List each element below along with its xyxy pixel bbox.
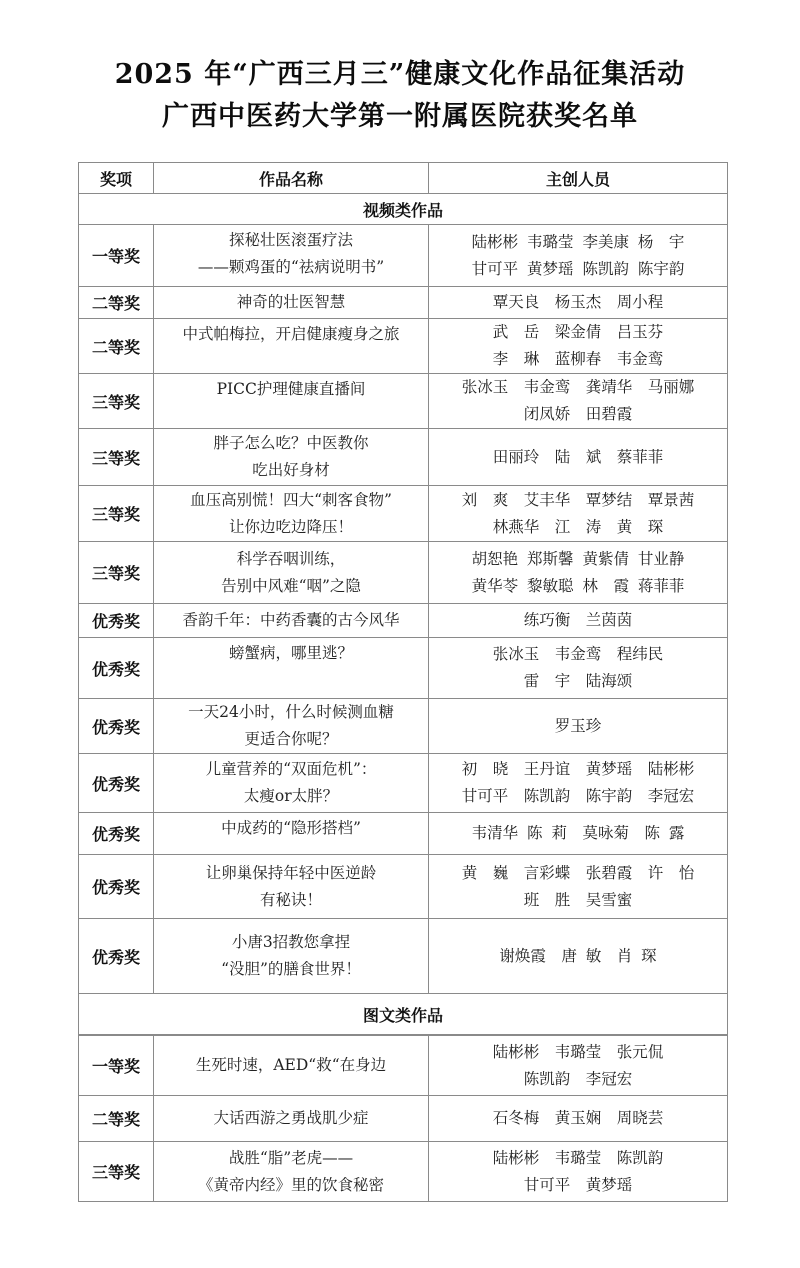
work-title: 大话西游之勇战肌少症 bbox=[154, 1096, 429, 1142]
creators-line: 李 琳 蓝柳春 韦金鸾 bbox=[429, 346, 727, 373]
awards-table-video: 奖项 作品名称 主创人员 视频类作品 一等奖探秘壮医滚蛋疗法——颗鸡蛋的“祛病说… bbox=[78, 162, 728, 1035]
creators-line: 覃天良 杨玉杰 周小程 bbox=[429, 289, 727, 316]
creators: 武 岳 梁金倩 吕玉芬李 琳 蓝柳春 韦金鸾 bbox=[429, 319, 728, 374]
work-title: 香韵千年：中药香囊的古今风华 bbox=[154, 604, 429, 638]
work-title: 战胜“脂”老虎——《黄帝内经》里的饮食秘密 bbox=[154, 1142, 429, 1202]
table-row: 一等奖生死时速，AED“救“在身边陆彬彬 韦璐莹 张元侃陈凯韵 李冠宏 bbox=[79, 1036, 728, 1096]
award-level: 二等奖 bbox=[79, 1096, 154, 1142]
creators-line: 武 岳 梁金倩 吕玉芬 bbox=[429, 319, 727, 346]
creators: 覃天良 杨玉杰 周小程 bbox=[429, 287, 728, 319]
work-title-line: 让卵巢保持年轻中医逆龄 bbox=[154, 860, 428, 887]
work-title-line: 生死时速，AED“救“在身边 bbox=[154, 1052, 428, 1079]
section-row-video: 视频类作品 bbox=[79, 194, 728, 225]
work-title: 探秘壮医滚蛋疗法——颗鸡蛋的“祛病说明书” bbox=[154, 225, 429, 287]
work-title: 小唐3招教您拿捏“没胆”的膳食世界！ bbox=[154, 919, 429, 994]
table-row: 优秀奖一天24小时，什么时候测血糖更适合你呢？罗玉珍 bbox=[79, 699, 728, 754]
creators-line: 闭凤娇 田碧霞 bbox=[429, 401, 727, 428]
creators-line: 田丽玲 陆 斌 蔡菲菲 bbox=[429, 444, 727, 471]
creators: 罗玉珍 bbox=[429, 699, 728, 754]
work-title-line: PICC护理健康直播间 bbox=[154, 376, 428, 403]
creators-line: 雷 宇 陆海颂 bbox=[429, 668, 727, 695]
section-title-video: 视频类作品 bbox=[79, 194, 728, 225]
work-title-line: 中成药的“隐形搭档” bbox=[154, 815, 428, 842]
table-row: 优秀奖让卵巢保持年轻中医逆龄有秘诀！黄 巍 言彩蝶 张碧霞 许 怡班 胜 吴雪蜜 bbox=[79, 855, 728, 919]
creators: 胡恕艳 郑斯馨 黄紫倩 甘业静黄华苓 黎敏聪 林 霞 蒋菲菲 bbox=[429, 542, 728, 604]
creators: 张冰玉 韦金鸾 龚靖华 马丽娜闭凤娇 田碧霞 bbox=[429, 374, 728, 429]
work-title-line: 大话西游之勇战肌少症 bbox=[154, 1105, 428, 1132]
award-level: 三等奖 bbox=[79, 429, 154, 486]
work-title: 中成药的“隐形搭档” bbox=[154, 813, 429, 855]
creators-line: 班 胜 吴雪蜜 bbox=[429, 887, 727, 914]
creators-line: 张冰玉 韦金鸾 程纬民 bbox=[429, 641, 727, 668]
creators-line: 陈凯韵 李冠宏 bbox=[429, 1066, 727, 1093]
creators: 张冰玉 韦金鸾 程纬民雷 宇 陆海颂 bbox=[429, 638, 728, 699]
work-title-line: 《黄帝内经》里的饮食秘密 bbox=[154, 1172, 428, 1199]
award-level: 优秀奖 bbox=[79, 604, 154, 638]
work-title: 让卵巢保持年轻中医逆龄有秘诀！ bbox=[154, 855, 429, 919]
creators-line: 罗玉珍 bbox=[429, 713, 727, 740]
creators-line: 练巧衡 兰茵茵 bbox=[429, 607, 727, 634]
table-row: 优秀奖儿童营养的“双面危机”：太瘦or太胖？初 晓 王丹谊 黄梦瑶 陆彬彬甘可平… bbox=[79, 754, 728, 813]
creators: 练巧衡 兰茵茵 bbox=[429, 604, 728, 638]
award-level: 三等奖 bbox=[79, 486, 154, 542]
work-title: 生死时速，AED“救“在身边 bbox=[154, 1036, 429, 1096]
creators-line: 甘可平 黄梦瑶 bbox=[429, 1172, 727, 1199]
award-level: 二等奖 bbox=[79, 319, 154, 374]
creators-line: 胡恕艳 郑斯馨 黄紫倩 甘业静 bbox=[429, 546, 727, 573]
award-level: 三等奖 bbox=[79, 1142, 154, 1202]
work-title-line: 儿童营养的“双面危机”： bbox=[154, 756, 428, 783]
work-title-line: 小唐3招教您拿捏 bbox=[154, 929, 428, 956]
creators: 谢焕霞 唐 敏 肖 琛 bbox=[429, 919, 728, 994]
work-title-line: 神奇的壮医智慧 bbox=[154, 289, 428, 316]
creators-line: 陆彬彬 韦璐莹 张元侃 bbox=[429, 1039, 727, 1066]
work-title: 螃蟹病，哪里逃？ bbox=[154, 638, 429, 699]
awards-table-graphic: 一等奖生死时速，AED“救“在身边陆彬彬 韦璐莹 张元侃陈凯韵 李冠宏二等奖大话… bbox=[78, 1035, 728, 1202]
work-title: 血压高别慌！四大“刺客食物”让你边吃边降压！ bbox=[154, 486, 429, 542]
creators: 初 晓 王丹谊 黄梦瑶 陆彬彬甘可平 陈凯韵 陈宇韵 李冠宏 bbox=[429, 754, 728, 813]
graphic-section-body: 一等奖生死时速，AED“救“在身边陆彬彬 韦璐莹 张元侃陈凯韵 李冠宏二等奖大话… bbox=[79, 1036, 728, 1202]
creators-line: 甘可平 陈凯韵 陈宇韵 李冠宏 bbox=[429, 783, 727, 810]
work-title-line: 中式帕梅拉，开启健康瘦身之旅 bbox=[154, 321, 428, 348]
work-title: 科学吞咽训练，告别中风难“咽”之隐 bbox=[154, 542, 429, 604]
work-title: 神奇的壮医智慧 bbox=[154, 287, 429, 319]
table-row: 优秀奖小唐3招教您拿捏“没胆”的膳食世界！谢焕霞 唐 敏 肖 琛 bbox=[79, 919, 728, 994]
work-title: 中式帕梅拉，开启健康瘦身之旅 bbox=[154, 319, 429, 374]
work-title: PICC护理健康直播间 bbox=[154, 374, 429, 429]
table-row: 二等奖神奇的壮医智慧覃天良 杨玉杰 周小程 bbox=[79, 287, 728, 319]
creators-line: 陆彬彬 韦璐莹 李美康 杨 宇 bbox=[429, 229, 727, 256]
video-section-body: 视频类作品 一等奖探秘壮医滚蛋疗法——颗鸡蛋的“祛病说明书”陆彬彬 韦璐莹 李美… bbox=[79, 194, 728, 1035]
table-row: 二等奖中式帕梅拉，开启健康瘦身之旅武 岳 梁金倩 吕玉芬李 琳 蓝柳春 韦金鸾 bbox=[79, 319, 728, 374]
creators: 陆彬彬 韦璐莹 李美康 杨 宇甘可平 黄梦瑶 陈凯韵 陈宇韵 bbox=[429, 225, 728, 287]
table-row: 三等奖科学吞咽训练，告别中风难“咽”之隐胡恕艳 郑斯馨 黄紫倩 甘业静黄华苓 黎… bbox=[79, 542, 728, 604]
work-title: 一天24小时，什么时候测血糖更适合你呢？ bbox=[154, 699, 429, 754]
creators: 石冬梅 黄玉娴 周晓芸 bbox=[429, 1096, 728, 1142]
award-level: 优秀奖 bbox=[79, 754, 154, 813]
award-level: 二等奖 bbox=[79, 287, 154, 319]
table-row: 优秀奖螃蟹病，哪里逃？张冰玉 韦金鸾 程纬民雷 宇 陆海颂 bbox=[79, 638, 728, 699]
award-level: 一等奖 bbox=[79, 1036, 154, 1096]
creators: 黄 巍 言彩蝶 张碧霞 许 怡班 胜 吴雪蜜 bbox=[429, 855, 728, 919]
work-title-line: 告别中风难“咽”之隐 bbox=[154, 573, 428, 600]
work-title-line: 更适合你呢？ bbox=[154, 726, 428, 753]
creators: 陆彬彬 韦璐莹 张元侃陈凯韵 李冠宏 bbox=[429, 1036, 728, 1096]
work-title-line: 血压高别慌！四大“刺客食物” bbox=[154, 487, 428, 514]
work-title-line: 太瘦or太胖？ bbox=[154, 783, 428, 810]
creators-line: 石冬梅 黄玉娴 周晓芸 bbox=[429, 1105, 727, 1132]
document-title-line-2: 广西中医药大学第一附属医院获奖名单 bbox=[0, 94, 800, 133]
award-level: 优秀奖 bbox=[79, 699, 154, 754]
creators: 田丽玲 陆 斌 蔡菲菲 bbox=[429, 429, 728, 486]
header-work-title: 作品名称 bbox=[154, 163, 429, 194]
work-title-line: 吃出好身材 bbox=[154, 457, 428, 484]
table-header-row: 奖项 作品名称 主创人员 bbox=[79, 163, 728, 194]
work-title-line: 让你边吃边降压！ bbox=[154, 514, 428, 541]
work-title-line: 胖子怎么吃？中医教你 bbox=[154, 430, 428, 457]
section-row-graphic: 图文类作品 bbox=[79, 994, 728, 1035]
work-title: 儿童营养的“双面危机”：太瘦or太胖？ bbox=[154, 754, 429, 813]
award-level: 优秀奖 bbox=[79, 813, 154, 855]
table-row: 优秀奖中成药的“隐形搭档”韦清华 陈 莉 莫咏菊 陈 露 bbox=[79, 813, 728, 855]
creators-line: 陆彬彬 韦璐莹 陈凯韵 bbox=[429, 1145, 727, 1172]
creators: 陆彬彬 韦璐莹 陈凯韵甘可平 黄梦瑶 bbox=[429, 1142, 728, 1202]
section-title-graphic: 图文类作品 bbox=[79, 994, 728, 1035]
table-row: 三等奖胖子怎么吃？中医教你吃出好身材田丽玲 陆 斌 蔡菲菲 bbox=[79, 429, 728, 486]
award-level: 一等奖 bbox=[79, 225, 154, 287]
creators-line: 林燕华 江 涛 黄 琛 bbox=[429, 514, 727, 541]
creators-line: 黄华苓 黎敏聪 林 霞 蒋菲菲 bbox=[429, 573, 727, 600]
table-row: 一等奖探秘壮医滚蛋疗法——颗鸡蛋的“祛病说明书”陆彬彬 韦璐莹 李美康 杨 宇甘… bbox=[79, 225, 728, 287]
work-title-line: 香韵千年：中药香囊的古今风华 bbox=[154, 607, 428, 634]
table-row: 三等奖血压高别慌！四大“刺客食物”让你边吃边降压！刘 爽 艾丰华 覃梦结 覃景茜… bbox=[79, 486, 728, 542]
creators: 刘 爽 艾丰华 覃梦结 覃景茜林燕华 江 涛 黄 琛 bbox=[429, 486, 728, 542]
table-row: 三等奖PICC护理健康直播间张冰玉 韦金鸾 龚靖华 马丽娜闭凤娇 田碧霞 bbox=[79, 374, 728, 429]
creators-line: 初 晓 王丹谊 黄梦瑶 陆彬彬 bbox=[429, 756, 727, 783]
work-title-line: “没胆”的膳食世界！ bbox=[154, 956, 428, 983]
creators-line: 甘可平 黄梦瑶 陈凯韵 陈宇韵 bbox=[429, 256, 727, 283]
work-title: 胖子怎么吃？中医教你吃出好身材 bbox=[154, 429, 429, 486]
work-title-line: ——颗鸡蛋的“祛病说明书” bbox=[154, 254, 428, 281]
work-title-line: 有秘诀！ bbox=[154, 887, 428, 914]
award-level: 优秀奖 bbox=[79, 855, 154, 919]
creators-line: 黄 巍 言彩蝶 张碧霞 许 怡 bbox=[429, 860, 727, 887]
award-level: 三等奖 bbox=[79, 542, 154, 604]
header-award: 奖项 bbox=[79, 163, 154, 194]
table-row: 二等奖大话西游之勇战肌少症石冬梅 黄玉娴 周晓芸 bbox=[79, 1096, 728, 1142]
work-title-line: 战胜“脂”老虎—— bbox=[154, 1145, 428, 1172]
creators-line: 韦清华 陈 莉 莫咏菊 陈 露 bbox=[429, 820, 727, 847]
table-row: 三等奖战胜“脂”老虎——《黄帝内经》里的饮食秘密陆彬彬 韦璐莹 陈凯韵甘可平 黄… bbox=[79, 1142, 728, 1202]
creators-line: 张冰玉 韦金鸾 龚靖华 马丽娜 bbox=[429, 374, 727, 401]
creators-line: 谢焕霞 唐 敏 肖 琛 bbox=[429, 943, 727, 970]
creators-line: 刘 爽 艾丰华 覃梦结 覃景茜 bbox=[429, 487, 727, 514]
award-level: 优秀奖 bbox=[79, 638, 154, 699]
award-level: 优秀奖 bbox=[79, 919, 154, 994]
table-row: 优秀奖香韵千年：中药香囊的古今风华练巧衡 兰茵茵 bbox=[79, 604, 728, 638]
work-title-line: 螃蟹病，哪里逃？ bbox=[154, 640, 428, 667]
document-title-line-1: 2025 年“广西三月三”健康文化作品征集活动 bbox=[0, 52, 800, 91]
award-level: 三等奖 bbox=[79, 374, 154, 429]
header-creators: 主创人员 bbox=[429, 163, 728, 194]
work-title-line: 探秘壮医滚蛋疗法 bbox=[154, 227, 428, 254]
work-title-line: 科学吞咽训练， bbox=[154, 546, 428, 573]
work-title-line: 一天24小时，什么时候测血糖 bbox=[154, 699, 428, 726]
creators: 韦清华 陈 莉 莫咏菊 陈 露 bbox=[429, 813, 728, 855]
